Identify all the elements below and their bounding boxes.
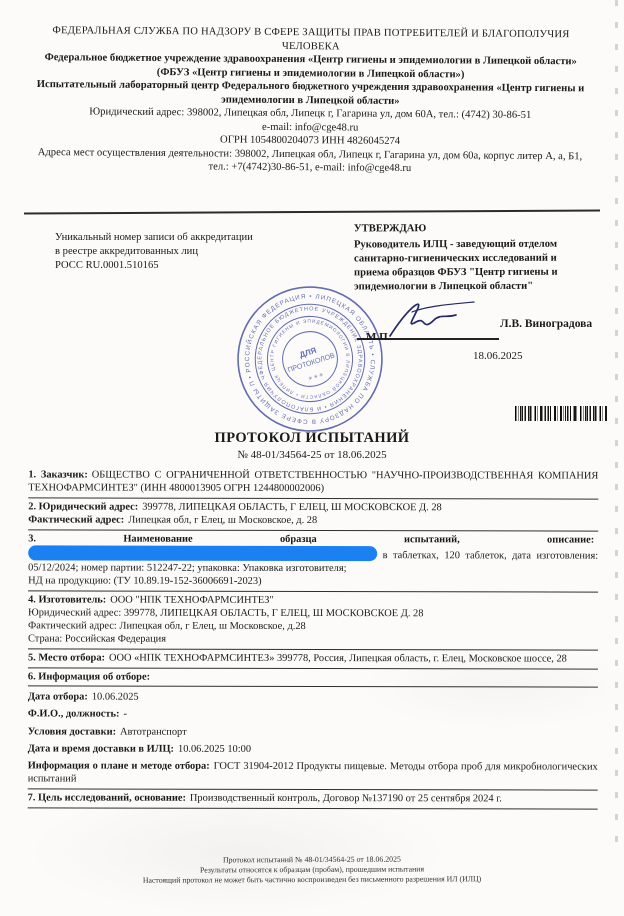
accreditation-line1: Уникальный номер записи об аккредитации xyxy=(55,231,285,245)
delivery-datetime-label: Дата и время доставки в ИЛЦ: xyxy=(28,743,174,754)
section-sampling-info: 6. Информация об отборе: Дата отбора:10.… xyxy=(28,667,598,789)
delivery-datetime-value: 10.06.2025 10:00 xyxy=(178,743,251,754)
legal-address-value: 399778, ЛИПЕЦКАЯ ОБЛАСТЬ, Г ЕЛЕЦ, Ш МОСК… xyxy=(142,502,442,514)
actual-address-value: Липецкая обл, г Елец, ш Московское, д. 2… xyxy=(128,515,317,526)
stamp-stars: ✳ ✳ ✳ xyxy=(308,372,325,382)
customer-value: ОБЩЕСТВО С ОГРАНИЧЕННОЙ ОТВЕТСТВЕННОСТЬЮ… xyxy=(28,470,598,494)
stamp-place-label: М.П. xyxy=(366,331,390,343)
approval-date: 18.06.2025 xyxy=(473,350,523,362)
approval-title: УТВЕРЖДАЮ xyxy=(354,222,592,237)
approval-block: УТВЕРЖДАЮ Руководитель ИЛЦ - заведующий … xyxy=(354,222,592,295)
manufacturer-country: Страна: Российская Федерация xyxy=(28,632,598,646)
manufacturer-label: 4. Изготовитель: xyxy=(28,594,106,605)
customer-label: 1. Заказчик: xyxy=(28,469,87,480)
manufacturer-legal-address: Юридический адрес: 399778, ЛИПЕЦКАЯ ОБЛА… xyxy=(28,606,598,620)
sampling-date-value: 10.06.2025 xyxy=(92,692,139,703)
delivery-conditions-value: Автотранспорт xyxy=(120,726,187,737)
header-divider xyxy=(24,209,600,214)
document-number: № 48-01/34564-25 от 18.06.2025 xyxy=(0,449,624,461)
redaction-bar xyxy=(28,545,377,561)
accreditation-line2: в реестре аккредитованных лиц xyxy=(55,245,285,259)
accreditation-block: Уникальный номер записи об аккредитации … xyxy=(55,231,285,273)
section-purpose: 7. Цель исследований, основание:Производ… xyxy=(28,788,598,809)
sampling-method-label: Информация о плане и методе отбора: xyxy=(28,760,210,771)
manufacturer-actual-address: Фактический адрес: Липецкая обл, г Елец,… xyxy=(28,619,598,633)
sampling-info-label: 6. Информация об отборе: xyxy=(28,671,150,682)
letterhead: ФЕДЕРАЛЬНАЯ СЛУЖБА ПО НАДЗОРУ В СФЕРЕ ЗА… xyxy=(29,24,592,177)
section-sampling-place: 5. Место отбора:ООО «НПК ТЕХНОФАРМСИНТЕЗ… xyxy=(28,648,598,668)
page-footer: Протокол испытаний № 48-01/34564-25 от 1… xyxy=(0,854,624,887)
protocol-sections: 1. Заказчик:ОБЩЕСТВО С ОГРАНИЧЕННОЙ ОТВЕ… xyxy=(28,468,599,809)
document-title: ПРОТОКОЛ ИСПЫТАНИЙ xyxy=(0,430,624,447)
accreditation-number: РОСС RU.0001.510165 xyxy=(55,259,285,273)
sampler-name-value: - xyxy=(123,709,126,720)
sample-nd: НД на продукцию: (ТУ 10.89.19-152-360066… xyxy=(28,574,598,588)
delivery-conditions-label: Условия доставки: xyxy=(28,726,116,737)
sampling-place-label: 5. Место отбора: xyxy=(28,652,105,663)
scanned-protocol-page: ФЕДЕРАЛЬНАЯ СЛУЖБА ПО НАДЗОРУ В СФЕРЕ ЗА… xyxy=(0,0,624,916)
section-sample: 3. Наименование образца испытаний, описа… xyxy=(28,529,598,591)
purpose-label: 7. Цель исследований, основание: xyxy=(28,792,186,803)
approval-body: Руководитель ИЛЦ - заведующий отделом са… xyxy=(354,238,592,295)
scan-edge-artifacts xyxy=(615,0,618,845)
manufacturer-value: ООО "НПК ТЕХНОФАРМСИНТЕЗ" xyxy=(110,595,274,606)
activity-addresses: Адреса мест осуществления деятельности: … xyxy=(29,145,591,176)
section-customer: 1. Заказчик:ОБЩЕСТВО С ОГРАНИЧЕННОЙ ОТВЕ… xyxy=(28,468,598,498)
actual-address-label: Фактический адрес: xyxy=(28,514,124,525)
document-title-block: ПРОТОКОЛ ИСПЫТАНИЙ № 48-01/34564-25 от 1… xyxy=(0,430,624,461)
barcode xyxy=(515,406,607,421)
signature xyxy=(382,298,497,343)
sample-label: 3. Наименование образца испытаний, описа… xyxy=(28,533,594,545)
section-manufacturer: 4. Изготовитель:ООО "НПК ТЕХНОФАРМСИНТЕЗ… xyxy=(28,590,598,649)
sampling-date-label: Дата отбора: xyxy=(28,692,88,703)
sampling-place-value: ООО «НПК ТЕХНОФАРМСИНТЕЗ» 399778, Россия… xyxy=(109,653,567,665)
signer-name: Л.В. Виноградова xyxy=(500,318,592,330)
footer-reproduction-note: Настоящий протокол не может быть частичн… xyxy=(0,874,624,887)
sampler-name-label: Ф.И.О., должность: xyxy=(28,709,120,720)
purpose-value: Производственный контроль, Договор №1371… xyxy=(190,793,502,805)
section-legal-address: 2. Юридический адрес:399778, ЛИПЕЦКАЯ ОБ… xyxy=(28,497,598,530)
legal-address-label: 2. Юридический адрес: xyxy=(28,501,138,512)
